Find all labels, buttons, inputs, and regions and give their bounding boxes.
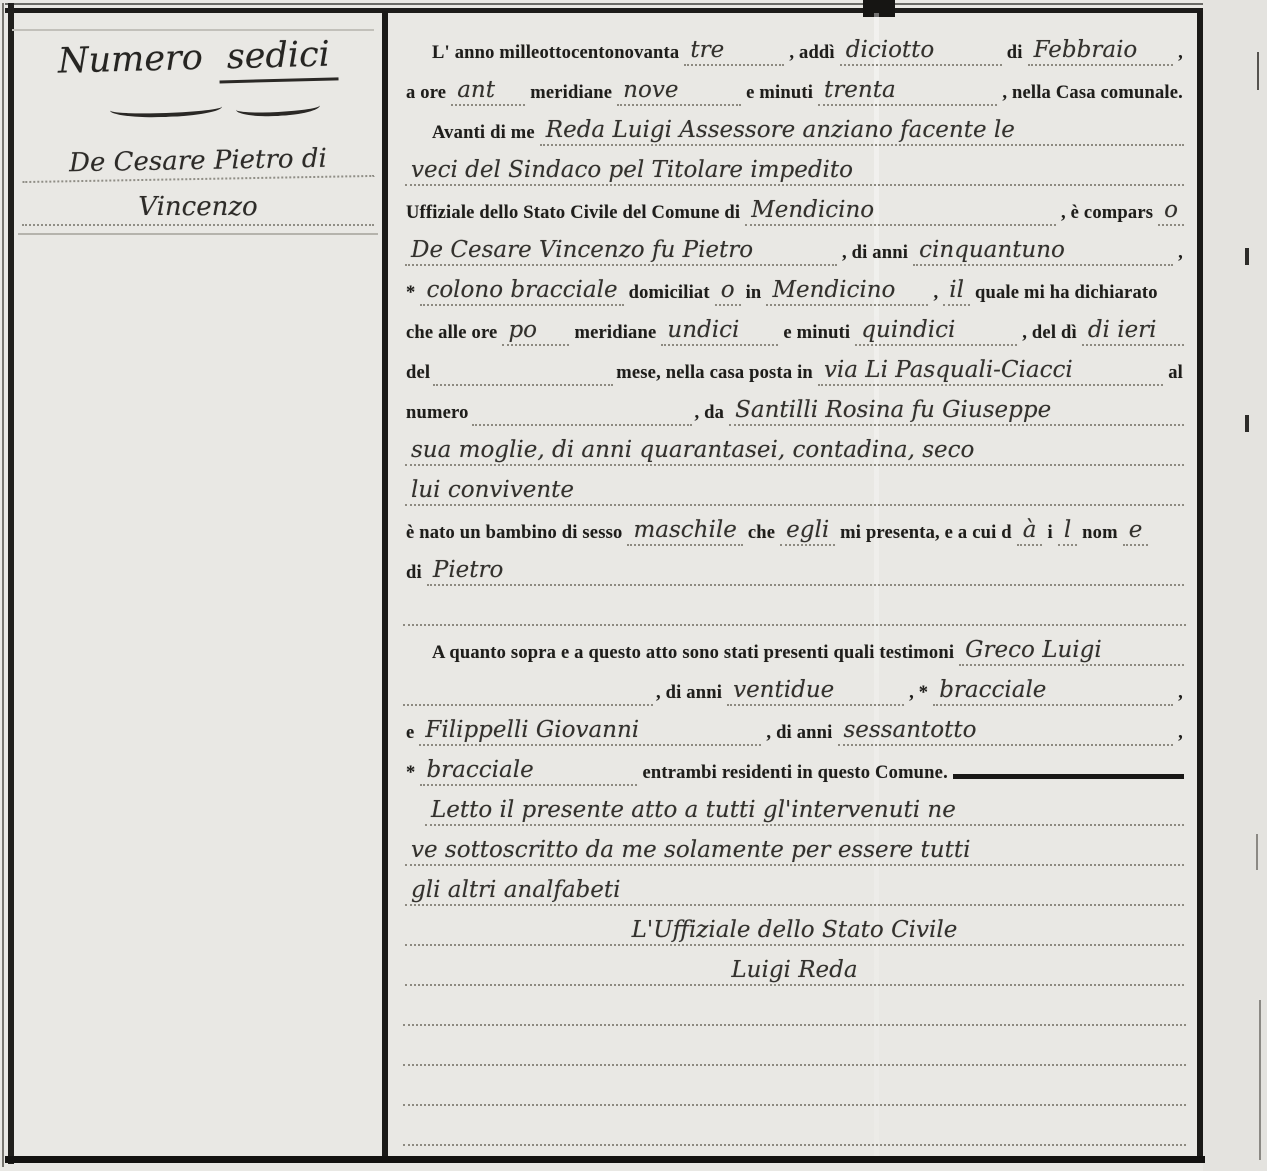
printed-text: quale mi ha dichiarato	[975, 283, 1158, 306]
printed-text: meridiane	[530, 83, 612, 106]
handwritten-text: bracciale	[420, 757, 637, 786]
printed-text: *	[406, 283, 415, 306]
printed-text: , nella Casa comunale.	[1002, 83, 1183, 106]
handwritten-text: undici	[661, 317, 778, 346]
margin-column: Numero sedici De Cesare Pietro di Vincen…	[14, 0, 382, 1156]
form-line: che alle orepomeridianeundicie minutiqui…	[403, 306, 1186, 346]
printed-text: è nato un bambino di sesso	[406, 523, 622, 546]
printed-text: , da	[695, 403, 725, 426]
handwritten-text: e	[1123, 517, 1149, 546]
form-line: Avanti di meReda Luigi Assessore anziano…	[403, 106, 1186, 146]
handwritten-text: di ieri	[1082, 317, 1184, 346]
handwritten-text: l	[1058, 517, 1077, 546]
printed-text: ,	[1178, 43, 1183, 66]
bottom-border	[5, 1156, 1205, 1163]
left-border-outer	[2, 3, 4, 1167]
printed-text: ,	[1178, 683, 1183, 706]
handwritten-text: cinquantuno	[913, 237, 1173, 266]
printed-text: meridiane	[574, 323, 656, 346]
printed-text: Avanti di me	[432, 123, 535, 146]
blank-field	[403, 1106, 1186, 1146]
form-line: a oreantmeridianenovee minutitrenta, nel…	[403, 66, 1186, 106]
form-line	[403, 586, 1186, 626]
form-line	[403, 1026, 1186, 1066]
act-number-value: sedici	[218, 34, 338, 83]
form-line: De Cesare Vincenzo fu Pietro, di annicin…	[403, 226, 1186, 266]
handwritten-text: Letto il presente atto a tutti gl'interv…	[425, 797, 1184, 826]
handwritten-text: maschile	[627, 517, 742, 546]
printed-text: in	[746, 283, 762, 306]
form-line: A quanto sopra e a questo atto sono stat…	[403, 626, 1186, 666]
form-line: , di anniventidue, *bracciale,	[403, 666, 1186, 706]
registrant-name-text: De Cesare Pietro di	[69, 144, 327, 178]
registrant-name-text: Vincenzo	[138, 192, 257, 222]
handwritten-text: ant	[451, 77, 525, 106]
handwritten-text: Mendicino	[745, 197, 1056, 226]
form-line	[403, 1066, 1186, 1106]
blank-field	[403, 666, 653, 706]
handwritten-text: diciotto	[840, 37, 1002, 66]
handwritten-text: il	[943, 277, 970, 306]
handwritten-text: L'Uffiziale dello Stato Civile	[405, 917, 1184, 946]
handwritten-text: sessantotto	[838, 717, 1174, 746]
blank-field	[403, 1066, 1186, 1106]
column-separator	[382, 11, 388, 1161]
form-line: è nato un bambino di sessomaschilecheegl…	[403, 506, 1186, 546]
handwritten-text: Mendicino	[766, 277, 928, 306]
form-line	[403, 986, 1186, 1026]
flourish-stroke	[110, 98, 223, 119]
printed-text: a ore	[406, 83, 446, 106]
registrant-name-line-1: De Cesare Pietro di	[22, 143, 375, 183]
printed-text: , *	[909, 683, 928, 706]
blank-field	[403, 986, 1186, 1026]
handwritten-text: Greco Luigi	[959, 637, 1184, 666]
filled-rule	[953, 774, 1184, 779]
printed-text: Uffiziale dello Stato Civile del Comune …	[406, 203, 740, 226]
handwritten-text: quindici	[855, 317, 1017, 346]
handwritten-text: o	[715, 277, 741, 306]
printed-text: mi presenta, e a cui d	[840, 523, 1012, 546]
form-body: L' anno milleottocentonovantatre, addìdi…	[389, 0, 1198, 1146]
form-line: Letto il presente atto a tutti gl'interv…	[403, 786, 1186, 826]
form-line: Uffiziale dello Stato Civile del Comune …	[403, 186, 1186, 226]
printed-text: , di anni	[766, 723, 832, 746]
handwritten-text: via Li Pasquali-Ciacci	[818, 357, 1163, 386]
printed-text: , è compars	[1061, 203, 1153, 226]
printed-text: A quanto sopra e a questo atto sono stat…	[432, 643, 954, 666]
printed-text: di	[406, 563, 422, 586]
handwritten-text: Santilli Rosina fu Giuseppe	[729, 397, 1184, 426]
form-line: veci del Sindaco pel Titolare impedito	[403, 146, 1186, 186]
printed-text: nom	[1082, 523, 1118, 546]
handwritten-text: à	[1017, 517, 1043, 546]
blank-field	[403, 586, 1186, 626]
printed-text: entrambi residenti in questo Comune.	[642, 763, 947, 786]
form-line: eFilippelli Giovanni, di annisessantotto…	[403, 706, 1186, 746]
act-number-label: Numero	[57, 38, 203, 82]
handwritten-text: ve sottoscritto da me solamente per esse…	[405, 837, 1184, 866]
handwritten-text: po	[502, 317, 569, 346]
form-line: L' anno milleottocentonovantatre, addìdi…	[403, 26, 1186, 66]
handwritten-text: Pietro	[427, 557, 1184, 586]
form-line	[403, 1106, 1186, 1146]
printed-text: i	[1047, 523, 1052, 546]
scan-artifact	[1257, 52, 1259, 90]
form-line: *colono braccialedomiciliatoinMendicino,…	[403, 266, 1186, 306]
handwritten-text: Luigi Reda	[405, 957, 1184, 986]
handwritten-text: veci del Sindaco pel Titolare impedito	[405, 157, 1184, 186]
printed-text: e	[406, 723, 414, 746]
blank-field	[472, 386, 692, 426]
printed-text: e minuti	[783, 323, 850, 346]
printed-text: , di anni	[842, 243, 908, 266]
handwritten-text: Reda Luigi Assessore anziano facente le	[540, 117, 1184, 146]
form-line: delmese, nella casa posta invia Li Pasqu…	[403, 346, 1186, 386]
scan-artifact	[1259, 1000, 1261, 1160]
form-line: diPietro	[403, 546, 1186, 586]
handwritten-text: o	[1158, 197, 1184, 226]
blank-field	[403, 1026, 1186, 1066]
handwritten-text: trenta	[818, 77, 997, 106]
handwritten-text: nove	[617, 77, 741, 106]
printed-text: *	[406, 763, 415, 786]
printed-text: , di anni	[656, 683, 722, 706]
handwritten-text: Febbraio	[1028, 37, 1174, 66]
printed-text: che alle ore	[406, 323, 497, 346]
form-line: Luigi Reda	[403, 946, 1186, 986]
form-line: lui convivente	[403, 466, 1186, 506]
handwritten-text: De Cesare Vincenzo fu Pietro	[405, 237, 837, 266]
printed-text: ,	[933, 283, 938, 306]
printed-text: che	[748, 523, 775, 546]
printed-text: numero	[406, 403, 469, 426]
blank-field	[433, 346, 613, 386]
printed-text: domiciliat	[629, 283, 710, 306]
printed-text: al	[1168, 363, 1183, 386]
handwritten-text: colono bracciale	[420, 277, 623, 306]
handwritten-text: sua moglie, di anni quarantasei, contadi…	[405, 437, 1184, 466]
form-line: numero, daSantilli Rosina fu Giuseppe	[403, 386, 1186, 426]
form-line: *braccialeentrambi residenti in questo C…	[403, 746, 1186, 786]
birth-record-scan: Numero sedici De Cesare Pietro di Vincen…	[0, 0, 1267, 1171]
margin-divider-line	[18, 233, 378, 235]
handwritten-text: gli altri analfabeti	[405, 877, 1184, 906]
act-number: Numero sedici	[23, 33, 372, 88]
printed-text: del	[406, 363, 430, 386]
scan-artifact	[1245, 248, 1249, 265]
printed-text: , del dì	[1022, 323, 1077, 346]
printed-text: mese, nella casa posta in	[616, 363, 813, 386]
scan-artifact	[1256, 834, 1258, 870]
scan-right-margin	[1203, 0, 1267, 1171]
form-line: L'Uffiziale dello Stato Civile	[403, 906, 1186, 946]
form-line: gli altri analfabeti	[403, 866, 1186, 906]
registrant-name-line-2: Vincenzo	[22, 192, 374, 226]
printed-text: L' anno milleottocentonovanta	[432, 43, 679, 66]
handwritten-text: tre	[684, 37, 784, 66]
handwritten-text: egli	[780, 517, 835, 546]
printed-text: , addì	[789, 43, 834, 66]
handwritten-text: Filippelli Giovanni	[419, 717, 761, 746]
scan-artifact	[1245, 415, 1249, 432]
printed-text: ,	[1178, 243, 1183, 266]
handwritten-text: lui convivente	[405, 477, 1184, 506]
printed-text: di	[1007, 43, 1023, 66]
form-line: sua moglie, di anni quarantasei, contadi…	[403, 426, 1186, 466]
handwritten-text: ventidue	[727, 677, 904, 706]
flourish-stroke	[236, 97, 321, 118]
handwritten-text: bracciale	[933, 677, 1173, 706]
form-line: ve sottoscritto da me solamente per esse…	[403, 826, 1186, 866]
printed-text: ,	[1178, 723, 1183, 746]
printed-text: e minuti	[746, 83, 813, 106]
